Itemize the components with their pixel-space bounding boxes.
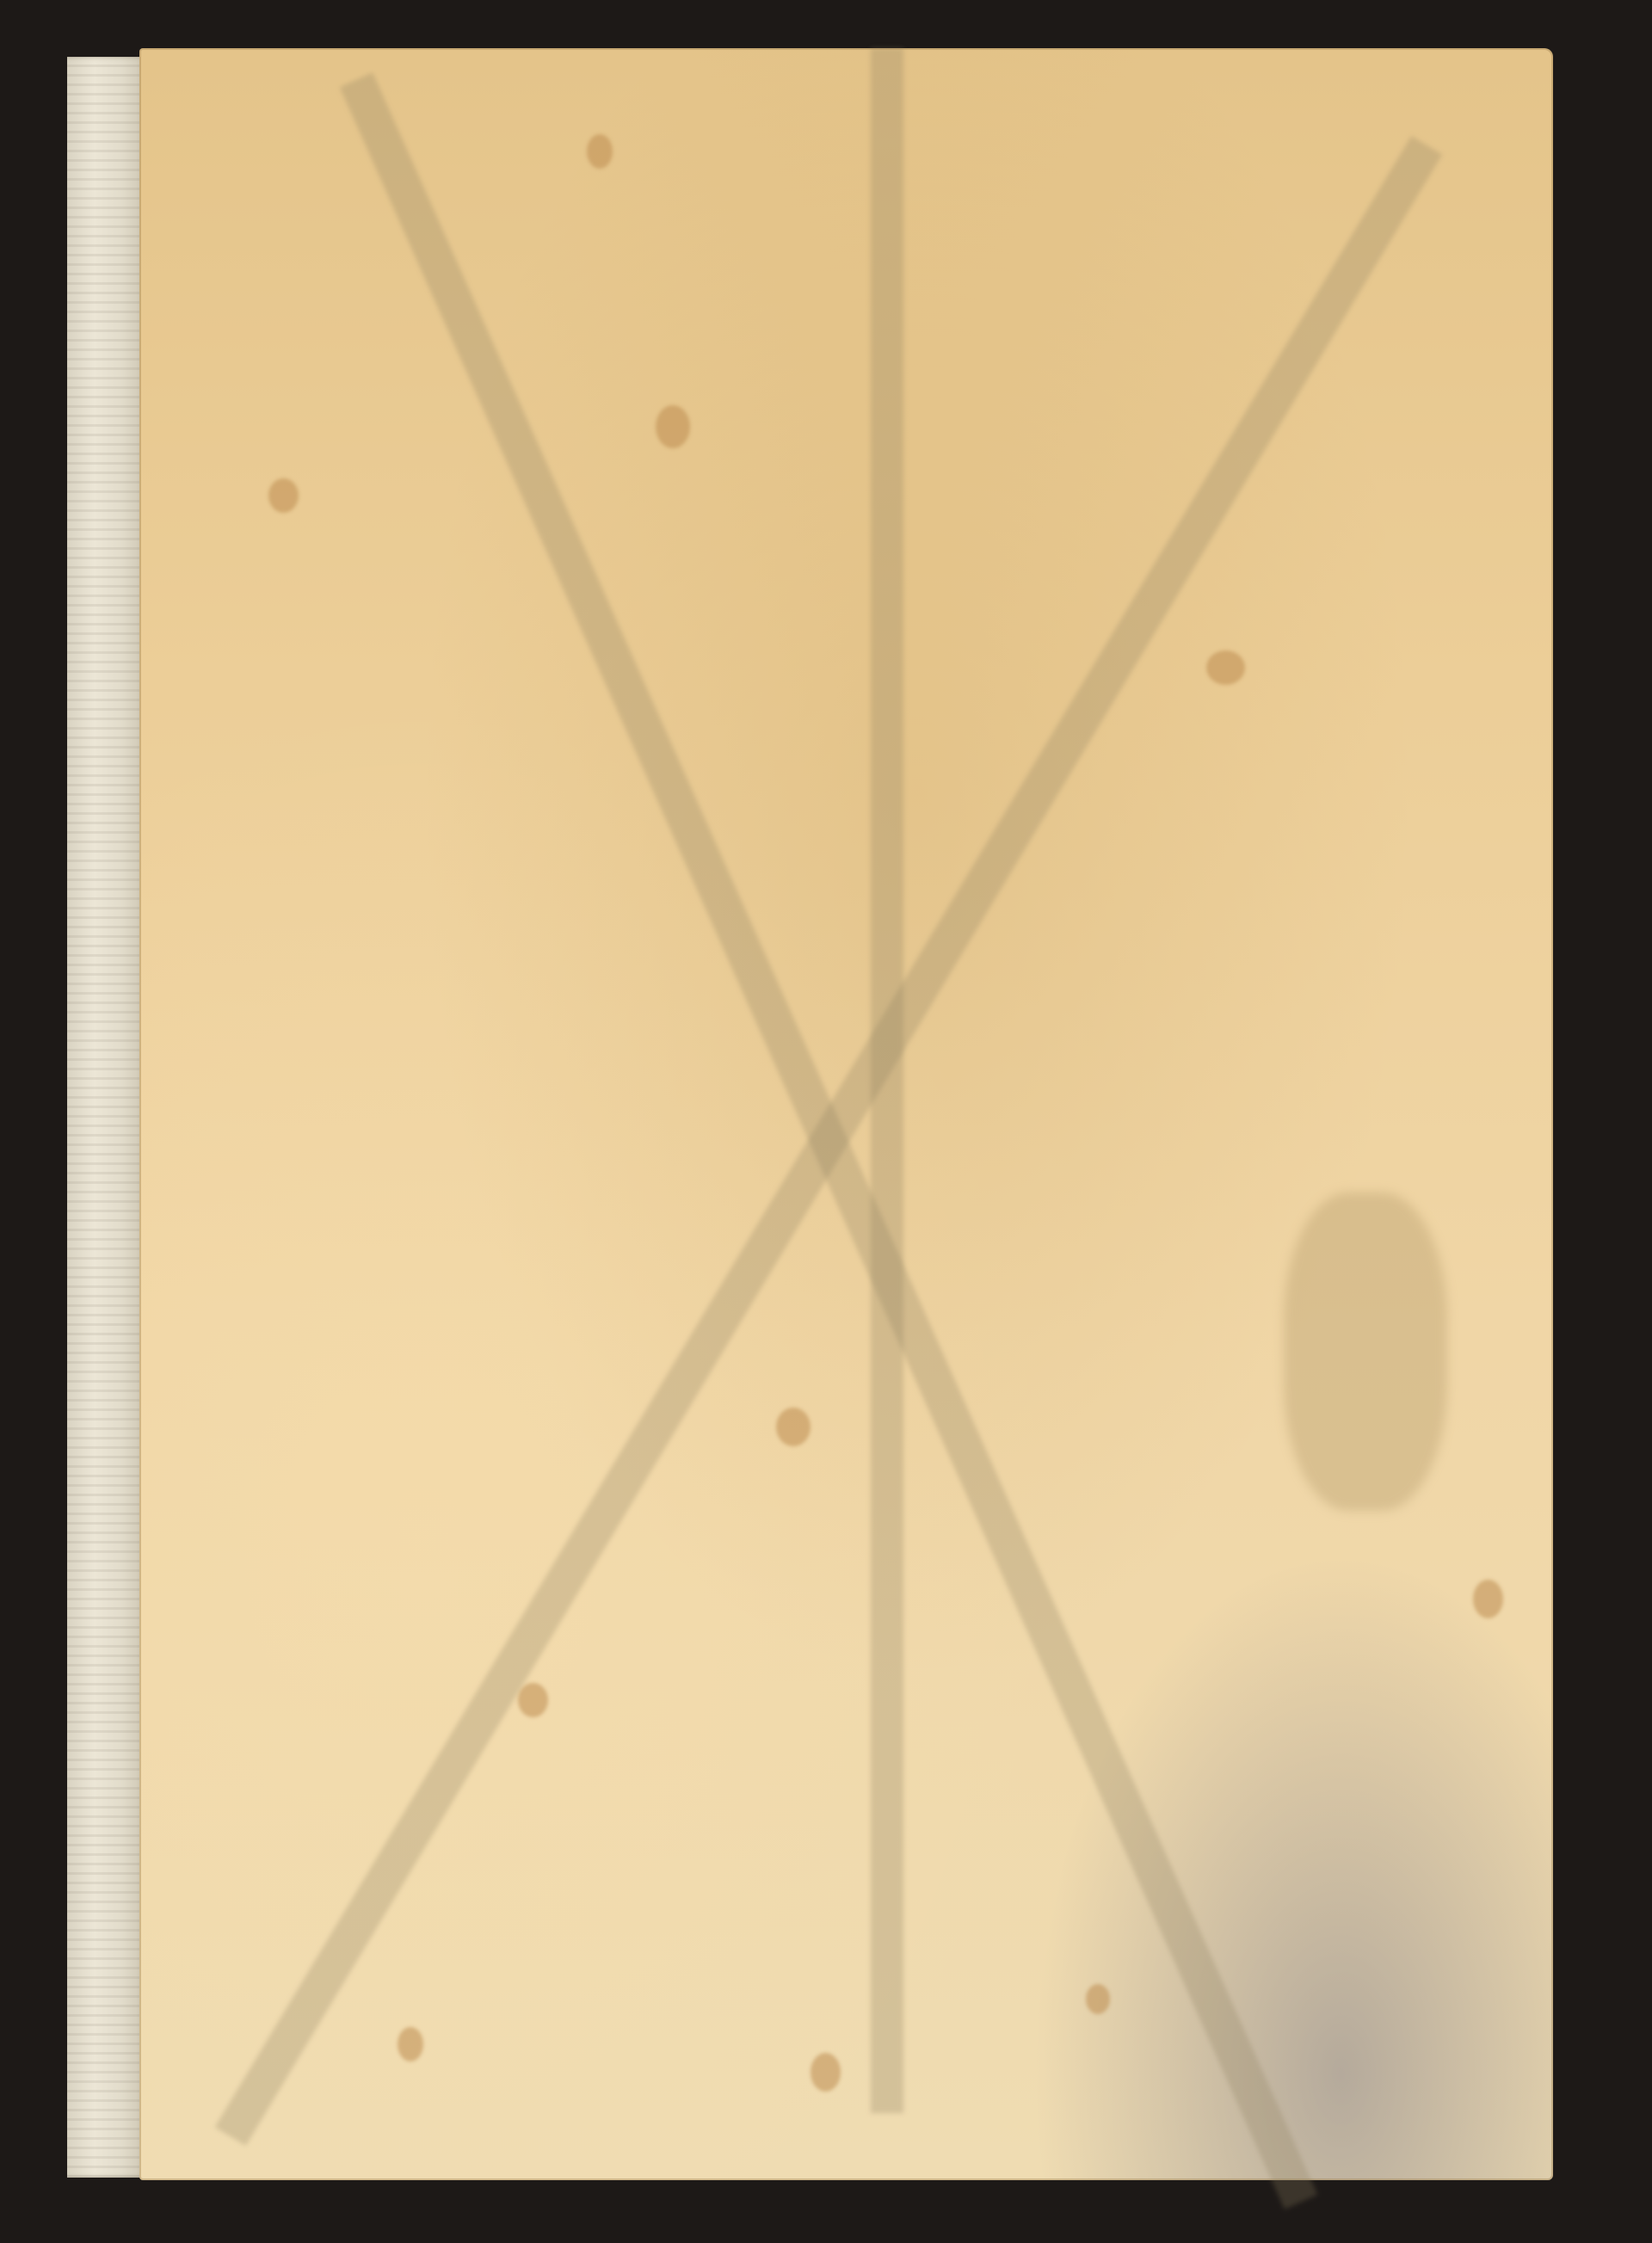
vellum-cover	[139, 48, 1553, 2180]
stain-spot	[587, 134, 613, 169]
stain-spot	[1206, 650, 1245, 685]
stain-spot	[811, 2053, 841, 2092]
stain-spot	[268, 478, 299, 513]
diagonal-strap-mark-right	[215, 136, 1443, 2146]
stain-spot	[518, 1683, 548, 1717]
book-spine	[67, 57, 145, 2178]
stain-spot	[398, 2027, 423, 2061]
book	[67, 48, 1553, 2180]
stain-spot	[1086, 1984, 1110, 2014]
stain-spot	[776, 1408, 811, 1446]
stain-spot	[656, 405, 690, 448]
stain-spot	[1473, 1580, 1503, 1618]
worn-patch	[1284, 1192, 1447, 1511]
